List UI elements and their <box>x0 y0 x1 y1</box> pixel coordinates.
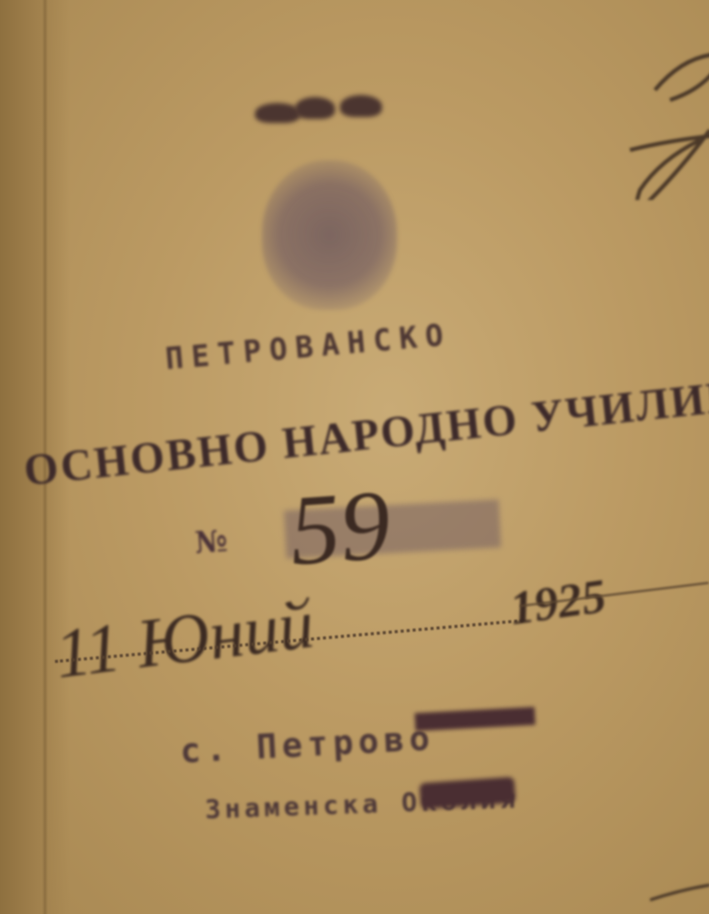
stamp-smudge-1 <box>415 707 536 731</box>
stamp-crown-icon <box>255 95 385 125</box>
corner-handwriting-bottom <box>650 880 709 914</box>
stamp-line-1: ПЕТРОВАНСКО <box>164 318 453 378</box>
stamp-line-3: с. Петрово <box>179 718 435 771</box>
handwritten-year: 1925 <box>507 569 610 637</box>
stamp-eagle-emblem-icon <box>262 160 397 310</box>
stamp-number-prefix: № <box>194 524 229 561</box>
corner-handwriting-top <box>610 30 709 200</box>
handwritten-number: 59 <box>286 467 394 589</box>
